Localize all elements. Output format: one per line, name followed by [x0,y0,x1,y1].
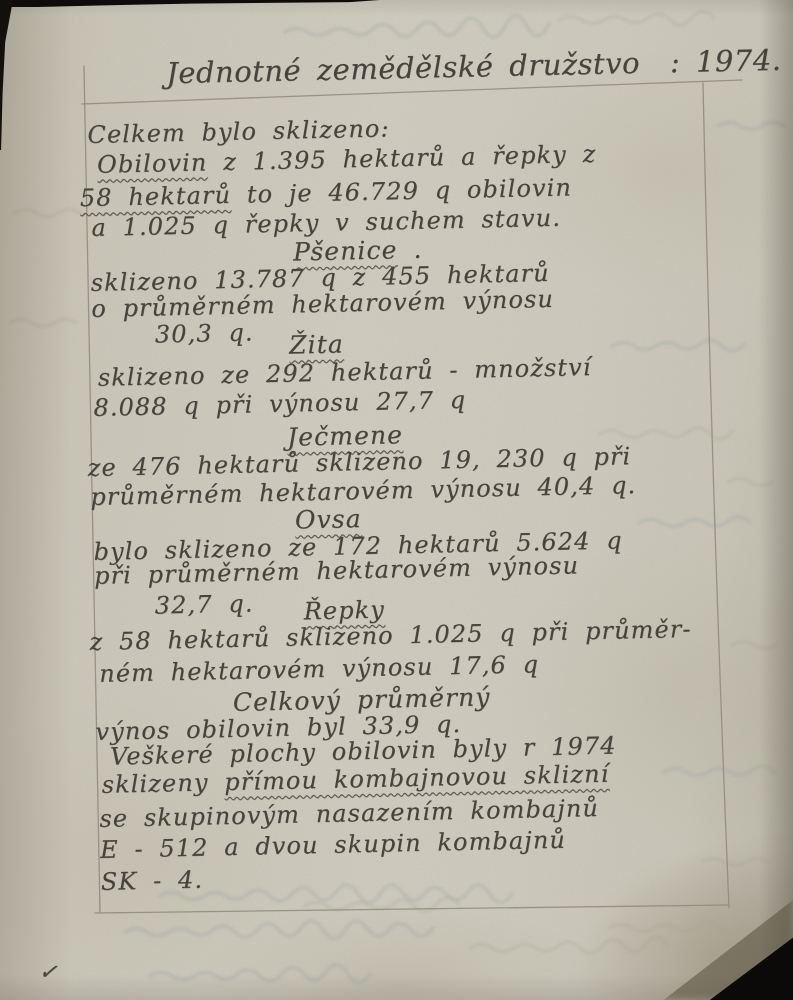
line-ovsa-3-and-heading-repky: 32,7 q.Řepky [154,586,385,621]
heading-text: Žita [289,329,344,359]
page-title-year: : 1974. [670,43,782,79]
handwriting-layer: Jednotné zemědělské družstvo: 1974. Celk… [0,0,793,1000]
line-text: 32,7 q. [154,589,253,619]
heading-zita: Žita [289,328,344,360]
underlined-phrase: přímou kombajnovou sklizní [224,760,610,796]
underlined-word: Obilovin [97,148,208,178]
page-title: Jednotné zemědělské družstvo: 1974. [166,42,782,92]
heading-text: Ovsa [295,504,362,534]
check-mark: ✓ [38,958,60,987]
page-title-text: Jednotné zemědělské družstvo [166,46,641,90]
line-text: z 1.395 hektarů a řepky z [207,140,596,176]
line-text: sklizeny [101,768,224,799]
line-repky-1: z 58 hektarů sklizeno 1.025 q při průměr… [89,614,692,657]
line-psenice-3: 30,3 q. [155,317,254,349]
line-kombajny-5: SK - 4. [100,865,203,897]
chronicle-photo-page: Jednotné zemědělské družstvo: 1974. Celk… [0,0,793,1000]
underlined-word: 58 hektarů [80,181,232,212]
